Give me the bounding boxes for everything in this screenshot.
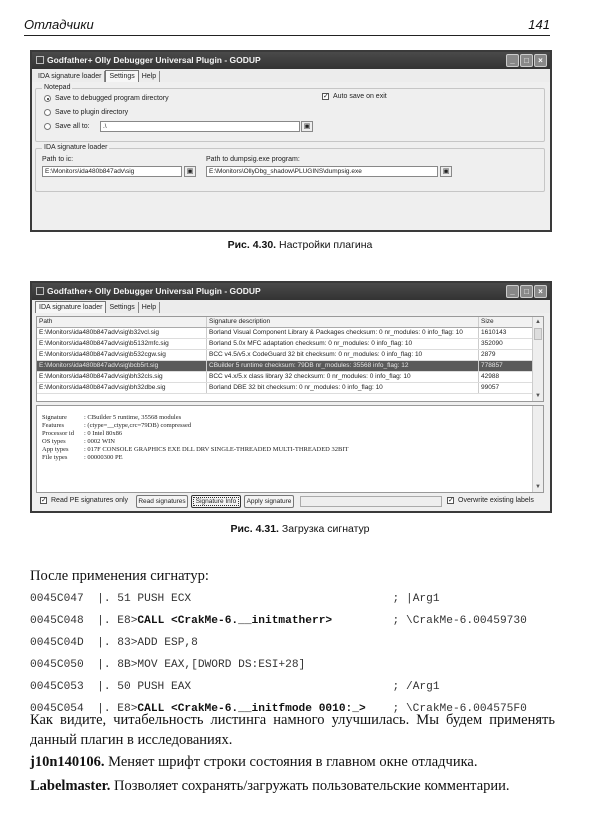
term-j10n140106: j10n140106. (30, 754, 105, 770)
table-scrollbar[interactable]: ▲ ▼ (532, 317, 543, 401)
radio-selected-icon (44, 95, 51, 102)
apply-signature-button[interactable]: Apply signature (244, 495, 294, 508)
cell-description: Borland DBE 32 bit checksum: 0 nr_module… (207, 383, 479, 393)
cell-path: E:\Monitors\ida480b847adv\sig\b532cgw.si… (37, 350, 207, 360)
code-line: 0045C047 |. 51 PUSH ECX ; |Arg1 (30, 588, 527, 610)
folder-browse-icon[interactable]: ▣ (184, 166, 196, 177)
cell-size: 1610143 (479, 328, 533, 338)
column-header-description[interactable]: Signature description (207, 317, 479, 327)
table-row[interactable]: E:\Monitors\ida480b847adv\sig\bh32dbe.si… (37, 383, 543, 394)
figure-4-30-caption: Рис. 4.30. Настройки плагина (0, 239, 600, 251)
paragraph-readability: Как видите, читабельность листинга намно… (30, 710, 555, 750)
info-value: : 0002 WIN (84, 438, 115, 446)
title-bar: Godfather+ Olly Debugger Universal Plugi… (32, 52, 550, 69)
read-signatures-button[interactable]: Read signatures (136, 495, 188, 508)
info-row: OS types: 0002 WIN (42, 438, 543, 446)
figure-4-31-caption: Рис. 4.31. Загрузка сигнатур (0, 523, 600, 535)
info-key: OS types (42, 438, 84, 446)
radio-save-debugged-dir[interactable]: Save to debugged program directory (44, 95, 169, 102)
signature-info-panel: Signature: CBuilder 5 runtime, 35568 mod… (36, 405, 544, 493)
table-header: Path Signature description Size (37, 317, 543, 328)
title-bar: Godfather+ Olly Debugger Universal Plugi… (32, 283, 550, 300)
radio-icon (44, 109, 51, 116)
read-pe-only-checkbox[interactable]: ✓Read PE signatures only (40, 497, 128, 504)
cell-path: E:\Monitors\ida480b847adv\sig\b32vcl.sig (37, 328, 207, 338)
page-number: 141 (528, 17, 550, 32)
path-to-sig-label: Path to ic: (42, 156, 73, 163)
overwrite-labels-checkbox[interactable]: ✓Overwrite existing labels (447, 497, 534, 504)
folder-browse-icon[interactable]: ▣ (301, 121, 313, 132)
tab-settings[interactable]: Settings (106, 302, 138, 313)
cell-description: BCC v4.x/5.x class library 32 checksum: … (207, 372, 479, 382)
info-row: App types: 017F CONSOLE GRAPHICS EXE DLL… (42, 446, 543, 454)
info-key: File types (42, 454, 84, 462)
tab-help[interactable]: Help (139, 71, 160, 82)
radio-icon (44, 123, 51, 130)
info-key: Processor id (42, 430, 84, 438)
cell-size: 2879 (479, 350, 533, 360)
code-line: 0045C04D |. 83>ADD ESP,8 (30, 632, 527, 654)
info-value: : 00000300 PE (84, 454, 123, 462)
cell-description: CBuilder 5 runtime checksum: 79DB nr_mod… (207, 361, 479, 371)
window-title: Godfather+ Olly Debugger Universal Plugi… (47, 55, 261, 65)
code-instruction: 0045C050 |. 8B>MOV EAX,[DWORD DS:ESI+28] (30, 659, 305, 671)
code-instruction: 0045C053 |. 50 PUSH EAX (30, 681, 191, 693)
cell-path: E:\Monitors\ida480b847adv\sig\bcb5rt.sig (37, 361, 207, 371)
cell-path: E:\Monitors\ida480b847adv\sig\bh32dbe.si… (37, 383, 207, 393)
column-header-size[interactable]: Size (479, 317, 533, 327)
path-to-dumpsig-input[interactable]: E:\Monitors\OllyDbg_shadow\PLUGINS\dumps… (206, 166, 438, 177)
radio-save-plugin-dir[interactable]: Save to plugin directory (44, 109, 128, 116)
maximize-button[interactable]: □ (520, 285, 533, 298)
info-scrollbar[interactable]: ▼ (532, 406, 543, 492)
scroll-up-icon[interactable]: ▲ (533, 317, 543, 327)
chapter-title: Отладчики (24, 17, 94, 32)
tab-help[interactable]: Help (139, 302, 160, 313)
cell-size: 352090 (479, 339, 533, 349)
term-labelmaster: Labelmaster. (30, 778, 110, 794)
notepad-group: Notepad Save to debugged program directo… (35, 88, 545, 142)
tab-ida-signature-loader[interactable]: IDA signature loader (35, 71, 105, 82)
code-comment: ; |Arg1 (191, 593, 439, 605)
code-instruction: 0045C047 |. 51 PUSH ECX (30, 593, 191, 605)
table-row[interactable]: E:\Monitors\ida480b847adv\sig\bh32cls.si… (37, 372, 543, 383)
settings-window: Godfather+ Olly Debugger Universal Plugi… (30, 50, 552, 232)
signature-table: Path Signature description Size E:\Monit… (36, 316, 544, 402)
signature-loader-window: Godfather+ Olly Debugger Universal Plugi… (30, 281, 552, 513)
cell-size: 778857 (479, 361, 533, 371)
table-row[interactable]: E:\Monitors\ida480b847adv\sig\b532cgw.si… (37, 350, 543, 361)
cell-description: BCC v4.5/v5.x CodeGuard 32 bit checksum:… (207, 350, 479, 360)
code-symbol: CALL <CrakMe-6.__initmatherr> (137, 615, 332, 627)
table-row[interactable]: E:\Monitors\ida480b847adv\sig\bcb5rt.sig… (37, 361, 543, 372)
code-line: 0045C053 |. 50 PUSH EAX ; /Arg1 (30, 676, 527, 698)
column-header-path[interactable]: Path (37, 317, 207, 327)
cell-description: Borland 5.0x MFC adaptation checksum: 0 … (207, 339, 479, 349)
folder-browse-icon[interactable]: ▣ (440, 166, 452, 177)
signature-info-button[interactable]: Signature Info (191, 495, 241, 508)
cell-path: E:\Monitors\ida480b847adv\sig\b5132mfc.s… (37, 339, 207, 349)
path-to-dumpsig-label: Path to dumpsig.exe program: (206, 156, 300, 163)
intro-paragraph: После применения сигнатур: (30, 566, 555, 586)
cell-description: Borland Visual Component Library & Packa… (207, 328, 479, 338)
progress-bar (300, 496, 442, 507)
window-title: Godfather+ Olly Debugger Universal Plugi… (47, 286, 261, 296)
cell-size: 99057 (479, 383, 533, 393)
code-line: 0045C050 |. 8B>MOV EAX,[DWORD DS:ESI+28] (30, 654, 527, 676)
notepad-legend: Notepad (42, 84, 72, 91)
close-button[interactable]: × (534, 54, 547, 67)
close-button[interactable]: × (534, 285, 547, 298)
info-row: Signature: CBuilder 5 runtime, 35568 mod… (42, 414, 543, 422)
paragraph-j10n140106: j10n140106. Меняет шрифт строки состояни… (30, 752, 555, 772)
tab-ida-signature-loader[interactable]: IDA signature loader (35, 301, 106, 313)
checkmark-icon: ✓ (40, 497, 47, 504)
loader-panel: Path Signature description Size E:\Monit… (32, 313, 550, 511)
maximize-button[interactable]: □ (520, 54, 533, 67)
tab-bar: IDA signature loader Settings Help (32, 69, 550, 82)
minimize-button[interactable]: _ (506, 54, 519, 67)
code-instruction: 0045C04D |. 83>ADD ESP,8 (30, 637, 198, 649)
save-all-to-input[interactable]: .\ (100, 121, 300, 132)
checkmark-icon: ✓ (447, 497, 454, 504)
minimize-button[interactable]: _ (506, 285, 519, 298)
info-value: : (ctype=__ctype,crc=79DB) compressed (84, 422, 191, 430)
disassembly-listing: 0045C047 |. 51 PUSH ECX ; |Arg10045C048 … (30, 588, 527, 720)
path-to-sig-input[interactable]: E:\Monitors\ida480b847adv\sig (42, 166, 182, 177)
info-key: Signature (42, 414, 84, 422)
info-key: App types (42, 446, 84, 454)
radio-save-all-to[interactable]: Save all to: (44, 123, 90, 130)
code-comment: ; /Arg1 (191, 681, 439, 693)
info-value: : CBuilder 5 runtime, 35568 modules (84, 414, 181, 422)
info-value: : 017F CONSOLE GRAPHICS EXE DLL DRV SING… (84, 446, 348, 454)
info-row: Processor id: 0 Intel 80x86 (42, 430, 543, 438)
cell-size: 42988 (479, 372, 533, 382)
scroll-down-icon[interactable]: ▼ (533, 482, 543, 492)
ida-loader-group: IDA signature loader Path to ic: E:\Moni… (35, 148, 545, 192)
running-header: Отладчики 141 (24, 14, 550, 36)
info-key: Features (42, 422, 84, 430)
settings-panel: Notepad Save to debugged program directo… (32, 82, 550, 230)
info-value: : 0 Intel 80x86 (84, 430, 122, 438)
tab-settings[interactable]: Settings (105, 70, 138, 82)
auto-save-checkbox[interactable]: ✓Auto save on exit (322, 93, 387, 100)
paragraph-labelmaster: Labelmaster. Позволяет сохранять/загружа… (30, 776, 555, 796)
scroll-thumb[interactable] (534, 328, 542, 340)
cell-path: E:\Monitors\ida480b847adv\sig\bh32cls.si… (37, 372, 207, 382)
code-instruction: 0045C048 |. E8> (30, 615, 137, 627)
code-comment: ; \CrakMe-6.00459730 (332, 615, 527, 627)
info-row: File types: 00000300 PE (42, 454, 543, 462)
ida-loader-legend: IDA signature loader (42, 144, 109, 151)
code-line: 0045C048 |. E8>CALL <CrakMe-6.__initmath… (30, 610, 527, 632)
app-icon (36, 56, 44, 64)
scroll-down-icon[interactable]: ▼ (533, 391, 543, 401)
app-icon (36, 287, 44, 295)
table-row[interactable]: E:\Monitors\ida480b847adv\sig\b32vcl.sig… (37, 328, 543, 339)
tab-bar: IDA signature loader Settings Help (32, 300, 550, 313)
info-row: Features: (ctype=__ctype,crc=79DB) compr… (42, 422, 543, 430)
table-row[interactable]: E:\Monitors\ida480b847adv\sig\b5132mfc.s… (37, 339, 543, 350)
checkmark-icon: ✓ (322, 93, 329, 100)
